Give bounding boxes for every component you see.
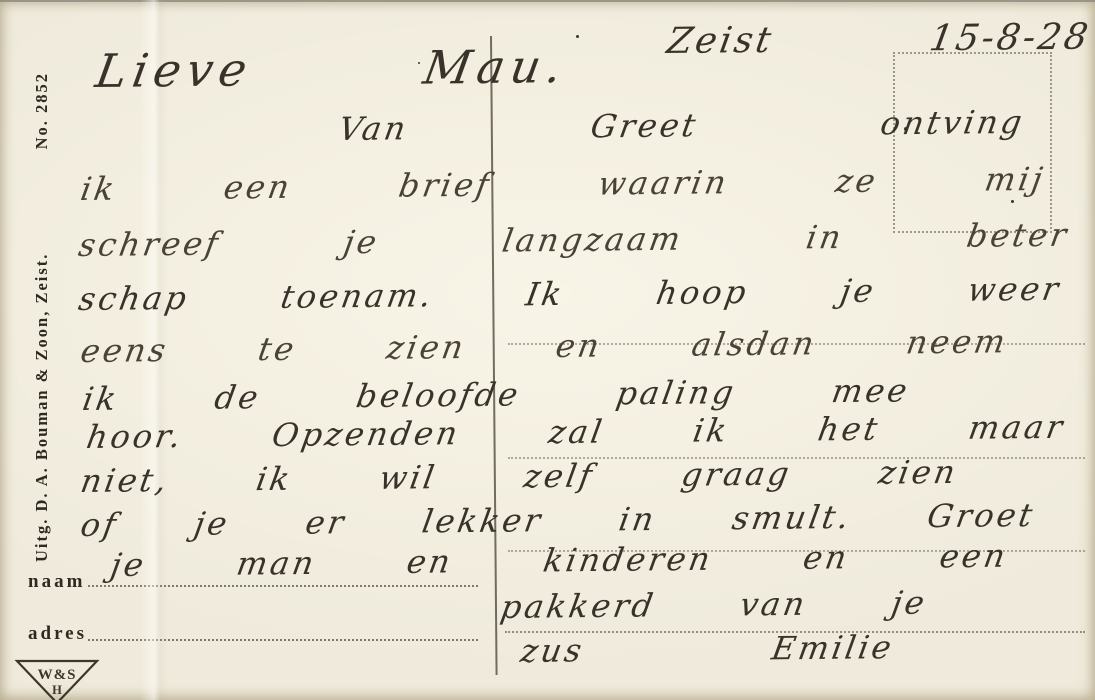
name-label: naam: [28, 571, 85, 593]
handwriting-closing-line: pakkerd van je: [498, 586, 930, 626]
name-dotted-line: [88, 585, 478, 587]
stamp-box: [893, 52, 1052, 233]
address-label: adres: [28, 623, 87, 645]
printer-logo: W&S H: [14, 658, 100, 700]
handwriting-line: hoor. Opzenden zal ik het maar: [84, 410, 1068, 456]
handwriting-line: niet, ik wil zelf graag zien: [78, 455, 961, 500]
handwriting-line: Van Greet ontving: [336, 105, 1027, 148]
handwriting-salutation: Lieve Mau.: [92, 41, 571, 97]
handwriting-line: schap toenam. Ik hoop je weer: [76, 272, 1064, 318]
card-number: No. 2852: [32, 72, 52, 149]
handwriting-line: eens te zien en alsdan neem: [78, 324, 1011, 370]
paper-speck: [1011, 200, 1014, 203]
logo-text-top: W&S: [38, 667, 77, 683]
paper-speck: [576, 35, 579, 38]
handwriting-line: je man en kinderen en een: [108, 539, 1011, 584]
handwritten-date: Zeist 15-8-28: [664, 18, 1093, 63]
handwriting-line: schreef je langzaam in beter: [76, 218, 1072, 264]
address-dotted-line-left: [88, 639, 478, 641]
logo-text-bottom: H: [52, 683, 62, 697]
postcard-back: Uitg. D. A. Bouman & Zoon, Zeist. No. 28…: [0, 0, 1095, 700]
publisher-imprint: Uitg. D. A. Bouman & Zoon, Zeist. No. 28…: [30, 72, 54, 562]
handwriting-signature: zus Emilie: [518, 630, 897, 670]
publisher-name: Uitg. D. A. Bouman & Zoon, Zeist.: [32, 253, 52, 562]
